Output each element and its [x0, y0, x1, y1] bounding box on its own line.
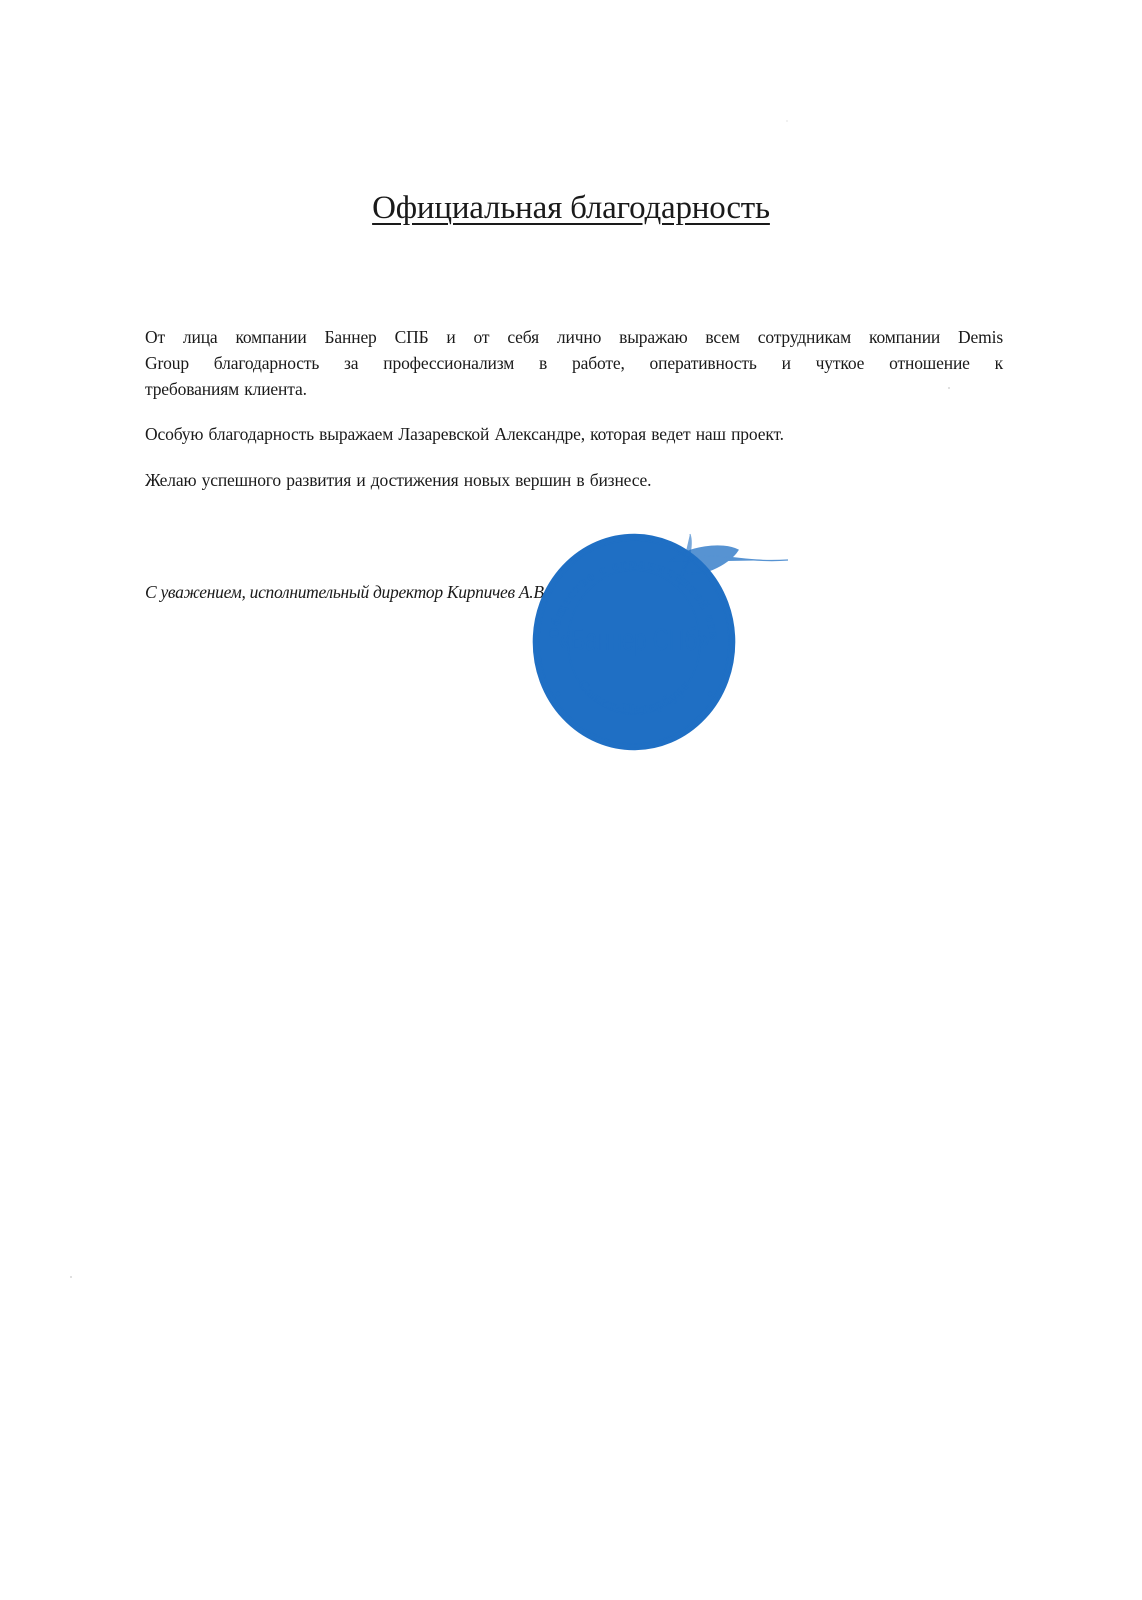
scan-speck: [948, 387, 950, 389]
scan-speck: [786, 120, 788, 122]
company-seal-icon: Общество с ограниченной ответственностью…: [518, 526, 808, 756]
svg-text:Общество с ограниченной ответс: Общество с ограниченной ответственностью: [518, 526, 722, 641]
paragraph-line: требованиям клиента.: [145, 376, 1003, 402]
paragraph-gratitude: От лица компании Баннер СПБ и от себя ли…: [145, 324, 1003, 402]
document-title: Официальная благодарность: [0, 188, 1142, 228]
signature-line: С уважением, исполнительный директор Кир…: [145, 582, 548, 603]
paragraph-line: Group благодарность за профессионализм в…: [145, 350, 1003, 376]
document-page: Официальная благодарность От лица компан…: [0, 0, 1142, 1600]
seal-center-text: «Баннер СПб»: [558, 622, 709, 657]
paragraph-wishes: Желаю успешного развития и достижения но…: [145, 467, 1003, 493]
document-title-text: Официальная благодарность: [372, 190, 770, 226]
seal-ring-top-text: Общество с ограниченной ответственностью: [518, 526, 722, 641]
svg-text:Санкт-Петербург: Санкт-Петербург: [574, 677, 694, 718]
scan-speck: [70, 1276, 72, 1278]
seal-ring-bottom-text: Санкт-Петербург: [574, 677, 694, 718]
paragraph-special-thanks: Особую благодарность выражаем Лазаревско…: [145, 421, 1003, 447]
paragraph-line: От лица компании Баннер СПБ и от себя ли…: [145, 324, 1003, 350]
